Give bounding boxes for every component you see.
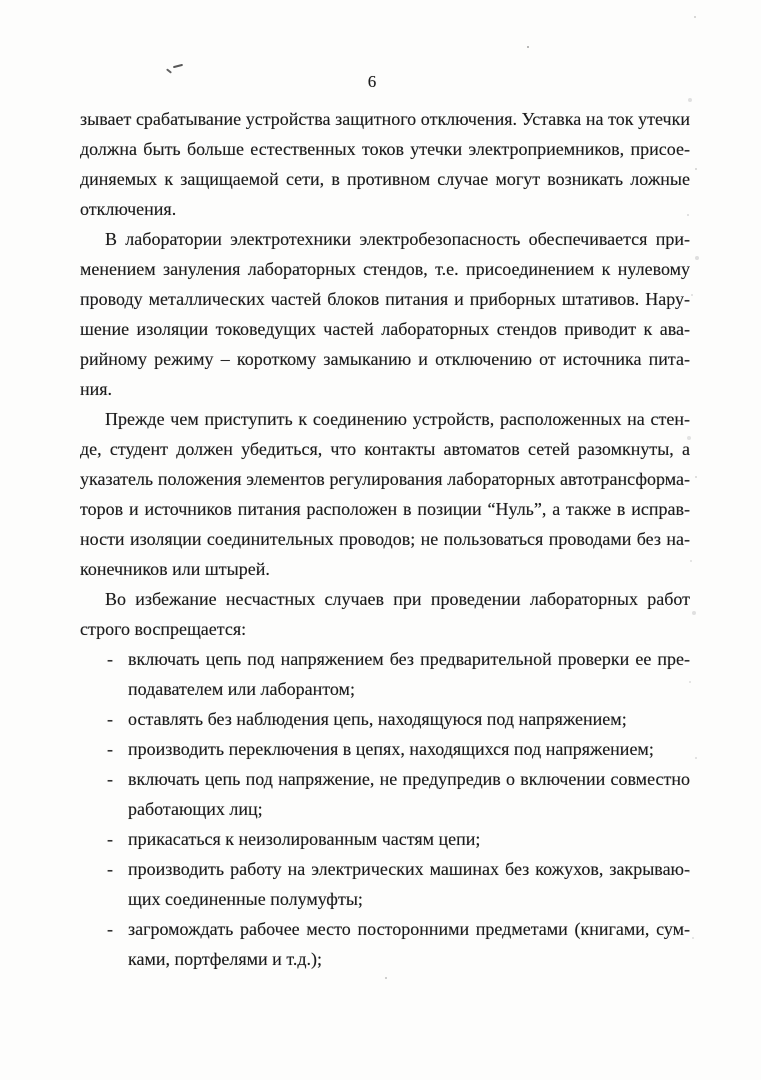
text-line: указатель положения элементов регулирова… [80,464,690,494]
text-line: производить работу на электрических маши… [128,854,690,884]
text-line: включать цепь под напряжение, не предупр… [128,764,690,794]
paragraph: В лаборатории электротехники электробезо… [80,224,690,404]
text-line: конечников или штырей. [80,554,690,584]
text-line: В лаборатории электротехники электробезо… [80,224,690,254]
text-line: подавателем или лаборантом; [128,674,690,704]
list-item: -прикасаться к неизолированным частям це… [80,824,690,854]
text-line: рийному режиму – короткому замыканию и о… [80,344,690,374]
text-line: оставлять без наблюдения цепь, находящую… [128,704,690,734]
text-line: включать цепь под напряжением без предва… [128,644,690,674]
paragraph: зывает срабатывание устройства защитного… [80,104,690,224]
text-line: отключения. [80,194,690,224]
list-marker: - [107,854,113,884]
text-line: проводу металлических частей блоков пита… [80,284,690,314]
document-body: зывает срабатывание устройства защитного… [80,104,690,974]
text-line: торов и источников питания расположен в … [80,494,690,524]
list-marker: - [107,914,113,944]
list-item: -включать цепь под напряжение, не предуп… [80,764,690,824]
list-marker: - [107,764,113,794]
scanned-page: 6 зывает срабатывание устройства защитно… [0,0,761,1080]
text-line: зывает срабатывание устройства защитного… [80,104,690,134]
list-item: -производить переключения в цепях, наход… [80,734,690,764]
text-line: Прежде чем приступить к соединению устро… [80,404,690,434]
text-line: ния. [80,374,690,404]
page-number: 6 [80,72,664,92]
text-line: ками, портфелями и т.д.); [128,944,690,974]
list-marker: - [107,644,113,674]
list-marker: - [107,734,113,764]
text-line: диняемых к защищаемой сети, в противном … [80,164,690,194]
text-line: должна быть больше естественных токов ут… [80,134,690,164]
list-marker: - [107,824,113,854]
text-line: производить переключения в цепях, находя… [128,734,690,764]
text-line: де, студент должен убедиться, что контак… [80,434,690,464]
text-line: щих соединенные полумуфты; [128,884,690,914]
text-line: менением зануления лабораторных стендов,… [80,254,690,284]
list-item: -оставлять без наблюдения цепь, находящу… [80,704,690,734]
list-item: -загромождать рабочее место посторонними… [80,914,690,974]
text-line: строго воспрещается: [80,614,690,644]
scan-specks [0,0,2,2]
list-item: -производить работу на электрических маш… [80,854,690,914]
paragraph: Прежде чем приступить к соединению устро… [80,404,690,584]
list-item: -включать цепь под напряжением без предв… [80,644,690,704]
text-line: Во избежание несчастных случаев при пров… [80,584,690,614]
text-line: прикасаться к неизолированным частям цеп… [128,824,690,854]
list-marker: - [107,704,113,734]
text-line: загромождать рабочее место посторонними … [128,914,690,944]
text-line: шение изоляции токоведущих частей лабора… [80,314,690,344]
text-line: ности изоляции соединительных проводов; … [80,524,690,554]
scan-artifact [173,64,183,68]
paragraph: Во избежание несчастных случаев при пров… [80,584,690,644]
text-line: работающих лиц; [128,794,690,824]
